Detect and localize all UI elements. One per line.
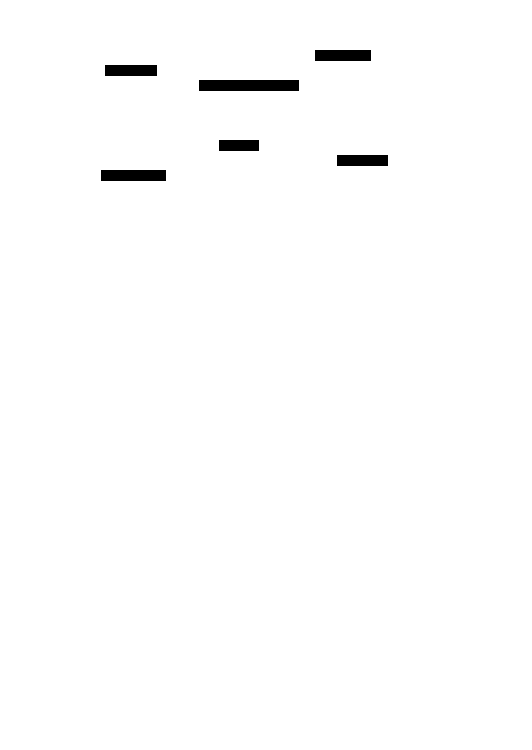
redacted-owner-name [101,170,166,181]
redacted-address [199,80,299,91]
redacted-incoming-no [337,155,388,166]
redacted-passport-no [219,140,259,151]
redacted-series-1 [315,50,371,61]
redacted-series-2 [105,65,157,76]
